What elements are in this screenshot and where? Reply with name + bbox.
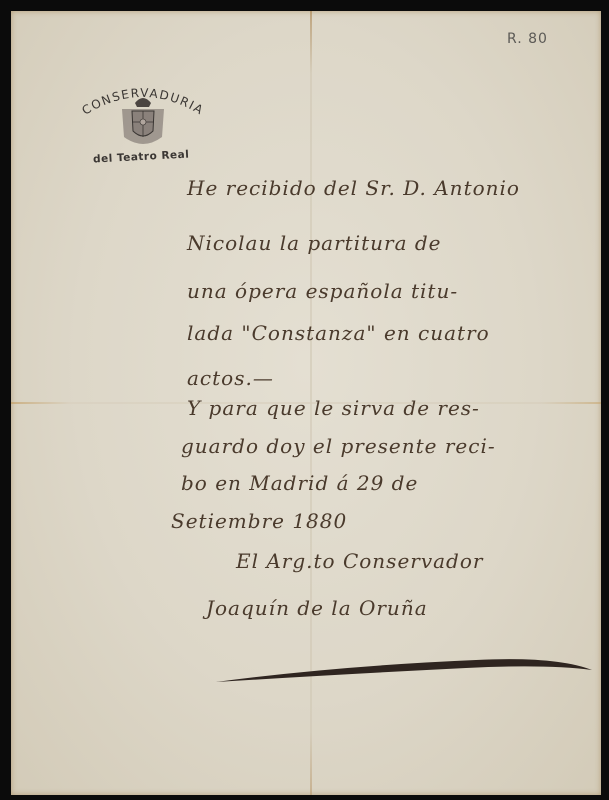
body-line-5: actos.— xyxy=(187,366,274,390)
date-line: Setiembre 1880 xyxy=(171,509,347,533)
archive-reference: R. 80 xyxy=(507,31,548,47)
body-line-4: lada "Constanza" en cuatro xyxy=(187,321,490,345)
body-line-1: He recibido del Sr. D. Antonio xyxy=(187,176,520,200)
signature-title: El Arg.to Conservador xyxy=(236,549,483,573)
signature-name: Joaquín de la Oruña xyxy=(206,596,428,620)
body-line-6: Y para que le sirva de res- xyxy=(187,396,480,420)
letterhead-subtitle: del Teatro Real xyxy=(93,148,190,165)
body-line-8: bo en Madrid á 29 de xyxy=(181,471,418,495)
body-line-2: Nicolau la partitura de xyxy=(187,231,442,255)
letter-page: R. 80 CONSERVADURIA del Teatro Real He r… xyxy=(11,11,601,795)
body-line-3: una ópera española titu- xyxy=(187,279,458,303)
coat-of-arms-icon xyxy=(118,93,168,151)
signature-flourish xyxy=(216,654,596,684)
body-line-7: guardo doy el presente reci- xyxy=(181,434,496,458)
letterhead: CONSERVADURIA del Teatro Real xyxy=(63,77,223,177)
